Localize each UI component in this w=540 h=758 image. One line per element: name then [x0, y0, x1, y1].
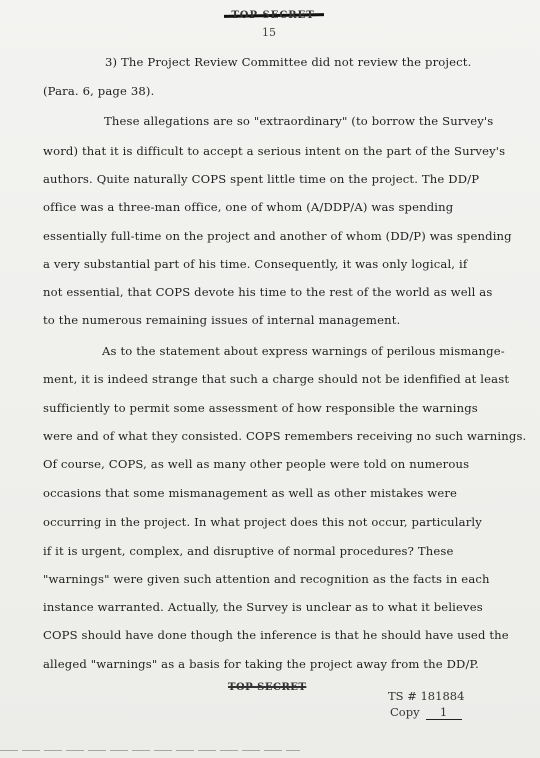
ts-control-number: TS # 181884 [388, 689, 464, 703]
body-line: instance warranted. Actually, the Survey… [43, 600, 483, 614]
header-classification-marking: TOP SECRET [228, 10, 318, 21]
body-line: sufficiently to permit some assessment o… [43, 401, 478, 415]
body-line: (Para. 6, page 38). [43, 84, 154, 98]
body-line: word) that it is difficult to accept a s… [43, 144, 505, 158]
body-line: if it is urgent, complex, and disruptive… [43, 544, 453, 558]
body-line: "warnings" were given such attention and… [43, 572, 490, 586]
scan-artifact-rule [0, 750, 300, 751]
body-line: 3) The Project Review Committee did not … [105, 55, 471, 69]
body-line: As to the statement about express warnin… [102, 344, 505, 358]
body-line: not essential, that COPS devote his time… [43, 285, 492, 299]
copy-value: 1 [426, 705, 462, 720]
copy-number: Copy1 [390, 705, 462, 720]
footer-classification-marking: TOP SECRET [228, 682, 306, 693]
document-page: TOP SECRET 15 3) The Project Review Comm… [0, 0, 540, 758]
body-line: alleged "warnings" as a basis for taking… [43, 657, 479, 671]
body-line: authors. Quite naturally COPS spent litt… [43, 172, 479, 186]
body-line: essentially full-time on the project and… [43, 229, 512, 243]
body-line: occurring in the project. In what projec… [43, 515, 482, 529]
body-line: office was a three-man office, one of wh… [43, 200, 453, 214]
body-line: were and of what they consisted. COPS re… [43, 429, 526, 443]
body-line: These allegations are so "extraordinary"… [104, 114, 493, 128]
body-line: ment, it is indeed strange that such a c… [43, 372, 509, 386]
body-line: to the numerous remaining issues of inte… [43, 313, 400, 327]
copy-label: Copy [390, 705, 420, 719]
page-number: 15 [254, 26, 284, 39]
body-line: occasions that some mismanagement as wel… [43, 486, 457, 500]
body-line: Of course, COPS, as well as many other p… [43, 457, 469, 471]
body-line: a very substantial part of his time. Con… [43, 257, 467, 271]
body-line: COPS should have done though the inferen… [43, 628, 509, 642]
